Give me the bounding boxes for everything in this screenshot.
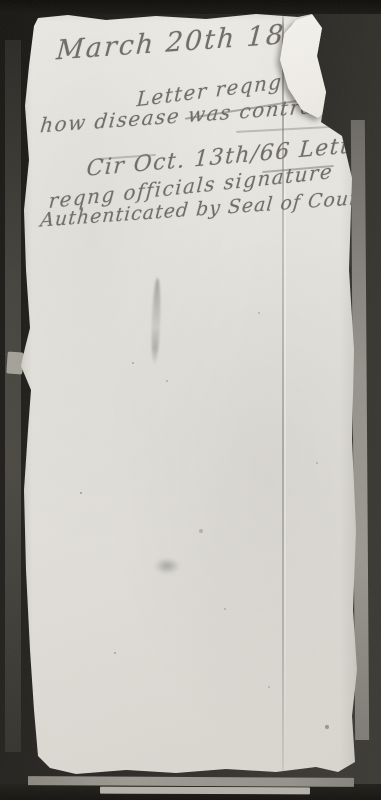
under-page-edge-left [5,40,21,752]
document-page: March 20th 1866 Letter reqng proof how d… [16,10,362,786]
stain-smudge [154,558,180,574]
photographed-document: March 20th 1866 Letter reqng proof how d… [0,0,381,800]
tear-hole [338,94,352,112]
torn-corner-flap-wrap [274,10,376,132]
torn-corner-flap [274,10,376,132]
paper-edge-tab [6,351,23,374]
under-page-sliver-bottom [100,787,310,795]
under-page-edge-bottom [28,776,354,787]
backdrop-top-band [0,0,381,14]
